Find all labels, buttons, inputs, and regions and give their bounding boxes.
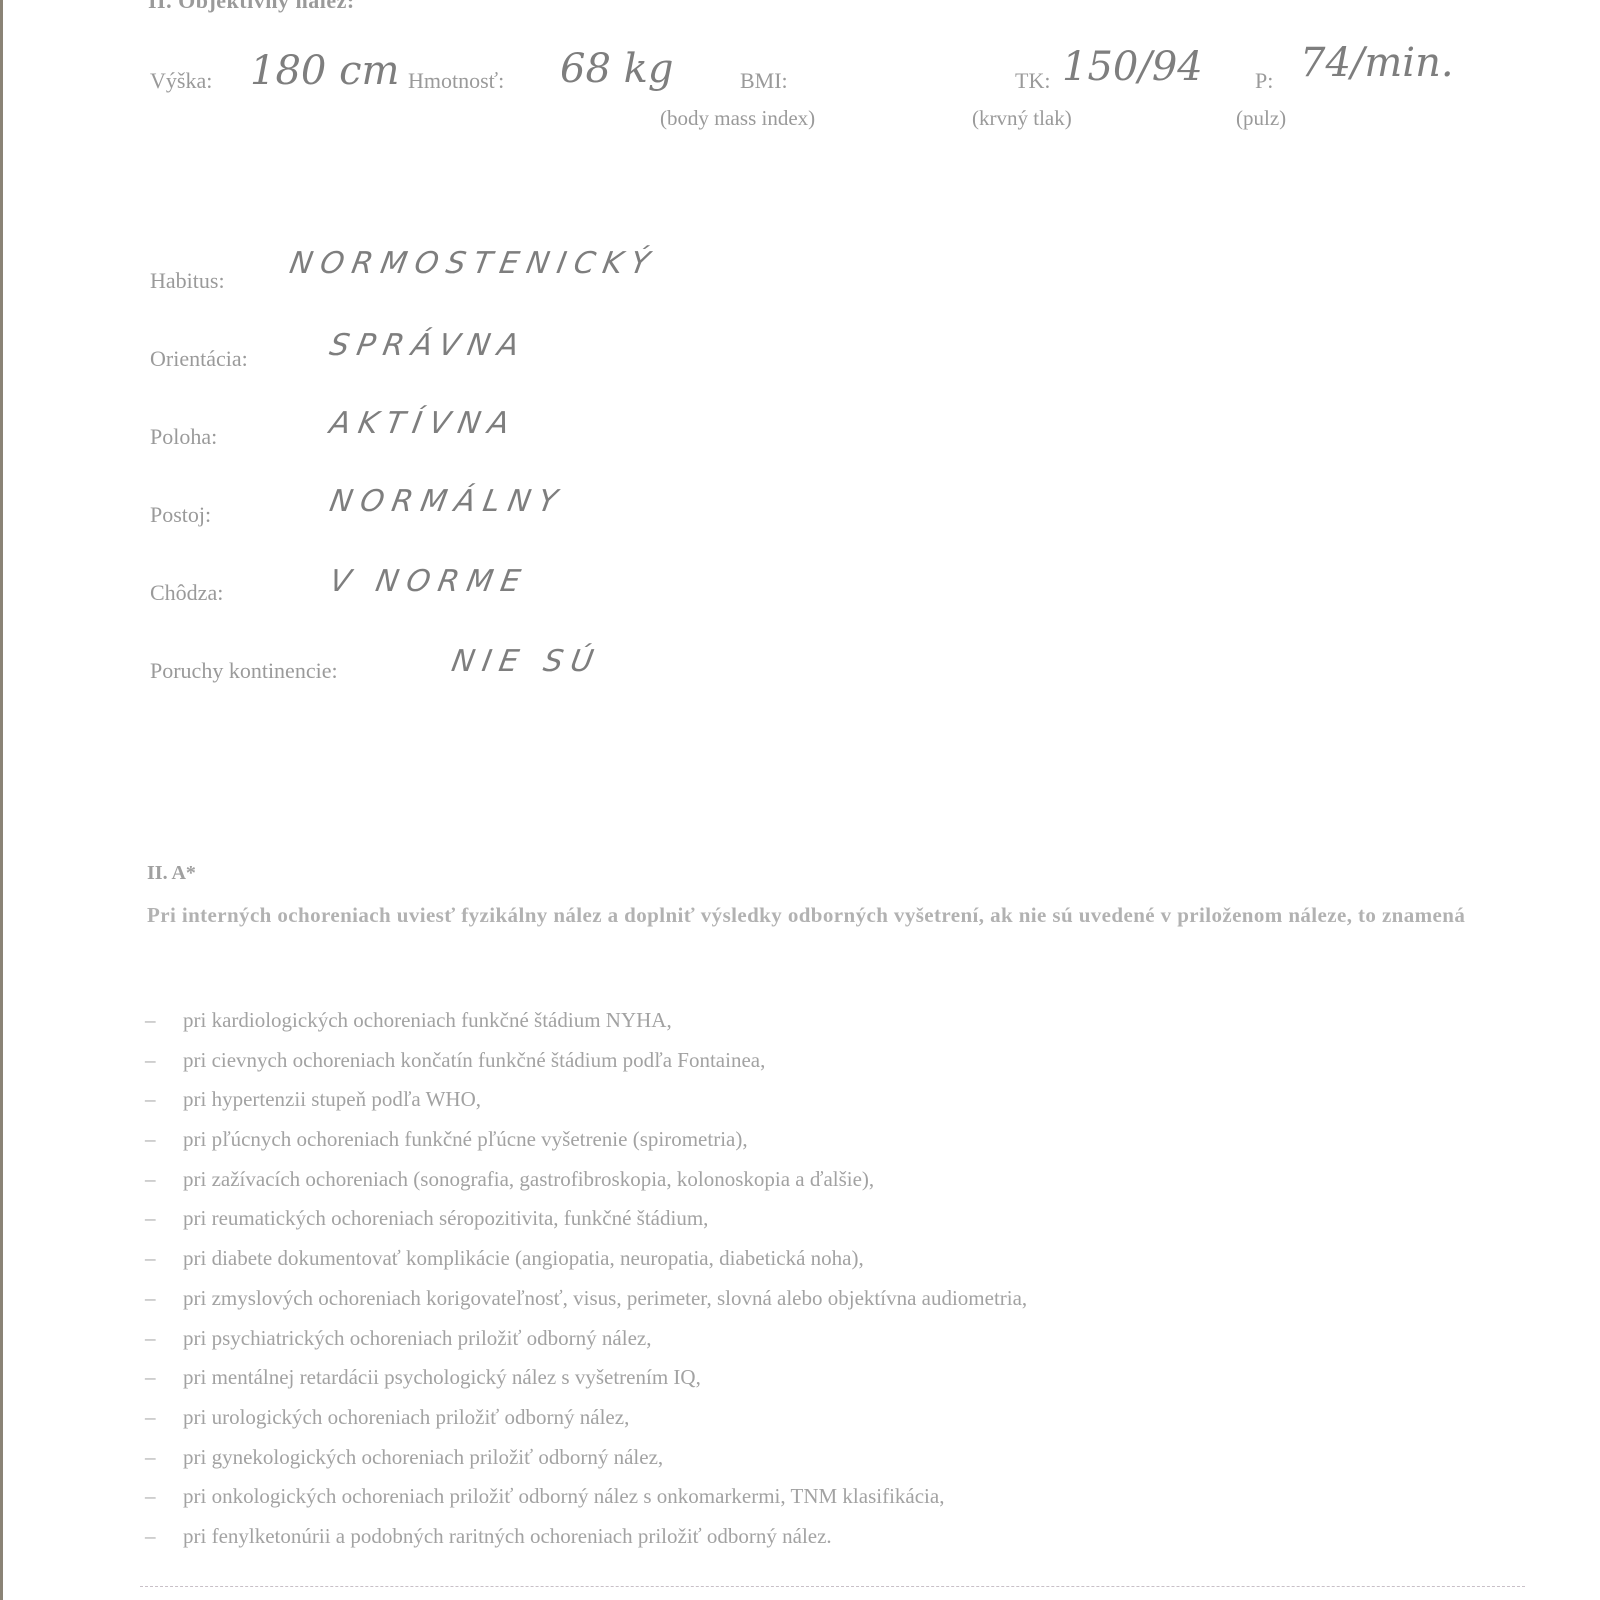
finding-label-poloha: Poloha: xyxy=(150,424,217,450)
bullet-dash: – xyxy=(145,1206,183,1246)
section-2a-intro: Pri interných ochoreniach uviesť fyzikál… xyxy=(147,900,1567,930)
bullet-dash: – xyxy=(145,1524,183,1564)
list-item-text: pri zažívacích ochoreniach (sonografia, … xyxy=(183,1167,874,1207)
list-item: –pri mentálnej retardácii psychologický … xyxy=(145,1365,1027,1405)
list-item: –pri onkologických ochoreniach priložiť … xyxy=(145,1484,1027,1524)
list-item-text: pri urologických ochoreniach priložiť od… xyxy=(183,1405,629,1445)
finding-label-chodza: Chôdza: xyxy=(150,580,223,606)
list-item-text: pri mentálnej retardácii psychologický n… xyxy=(183,1365,701,1405)
bp-label: TK: xyxy=(1015,68,1050,94)
list-item: –pri kardiologických ochoreniach funkčné… xyxy=(145,1008,1027,1048)
list-item: –pri diabete dokumentovať komplikácie (a… xyxy=(145,1246,1027,1286)
bullet-dash: – xyxy=(145,1405,183,1445)
bullet-dash: – xyxy=(145,1365,183,1405)
bullet-dash: – xyxy=(145,1445,183,1485)
weight-label: Hmotnosť: xyxy=(408,68,504,94)
list-item-text: pri gynekologických ochoreniach priložiť… xyxy=(183,1445,663,1485)
bp-value: 150/94 xyxy=(1062,44,1203,90)
list-item: –pri reumatických ochoreniach séropoziti… xyxy=(145,1206,1027,1246)
list-item: –pri zmyslových ochoreniach korigovateľn… xyxy=(145,1286,1027,1326)
page-left-edge xyxy=(0,0,3,1600)
finding-label-poruchy-kontinencie: Poruchy kontinencie: xyxy=(150,658,338,684)
bullet-dash: – xyxy=(145,1484,183,1524)
list-item-text: pri fenylketonúrii a podobných raritných… xyxy=(183,1524,832,1564)
requirements-list: –pri kardiologických ochoreniach funkčné… xyxy=(145,1008,1027,1564)
finding-label-orientacia: Orientácia: xyxy=(150,346,248,372)
finding-label-postoj: Postoj: xyxy=(150,502,211,528)
list-item: –pri hypertenzii stupeň podľa WHO, xyxy=(145,1087,1027,1127)
bullet-dash: – xyxy=(145,1167,183,1207)
bullet-dash: – xyxy=(145,1127,183,1167)
list-item: –pri fenylketonúrii a podobných raritnýc… xyxy=(145,1524,1027,1564)
section-heading: II. Objektívny nález: xyxy=(148,0,355,14)
pulse-label: P: xyxy=(1255,68,1273,94)
bp-sublabel: (krvný tlak) xyxy=(972,106,1072,131)
list-item-text: pri psychiatrických ochoreniach priložiť… xyxy=(183,1326,651,1366)
list-item: –pri cievnych ochoreniach končatín funkč… xyxy=(145,1048,1027,1088)
bottom-divider xyxy=(140,1586,1525,1587)
list-item-text: pri diabete dokumentovať komplikácie (an… xyxy=(183,1246,864,1286)
list-item: –pri zažívacích ochoreniach (sonografia,… xyxy=(145,1167,1027,1207)
finding-value-poruchy-kontinencie: NIE SÚ xyxy=(449,644,604,679)
list-item-text: pri kardiologických ochoreniach funkčné … xyxy=(183,1008,672,1048)
list-item-text: pri reumatických ochoreniach séropozitiv… xyxy=(183,1206,708,1246)
list-item: –pri psychiatrických ochoreniach priloži… xyxy=(145,1326,1027,1366)
bmi-label: BMI: xyxy=(740,68,788,94)
finding-value-poloha: AKTÍVNA xyxy=(327,406,520,441)
list-item-text: pri cievnych ochoreniach končatín funkčn… xyxy=(183,1048,765,1088)
pulse-value: 74/min. xyxy=(1300,40,1454,86)
list-item: –pri urologických ochoreniach priložiť o… xyxy=(145,1405,1027,1445)
finding-value-habitus: NORMOSTENICKÝ xyxy=(287,246,660,281)
bullet-dash: – xyxy=(145,1008,183,1048)
bullet-dash: – xyxy=(145,1087,183,1127)
bullet-dash: – xyxy=(145,1048,183,1088)
list-item-text: pri onkologických ochoreniach priložiť o… xyxy=(183,1484,944,1524)
finding-value-postoj: NORMÁLNY xyxy=(327,484,568,519)
list-item-text: pri hypertenzii stupeň podľa WHO, xyxy=(183,1087,481,1127)
height-value: 180 cm xyxy=(250,48,399,94)
bmi-sublabel: (body mass index) xyxy=(660,106,815,131)
bullet-dash: – xyxy=(145,1326,183,1366)
bullet-dash: – xyxy=(145,1286,183,1326)
bullet-dash: – xyxy=(145,1246,183,1286)
weight-value: 68 kg xyxy=(560,46,673,92)
section-2a-title: II. A* xyxy=(147,862,196,885)
pulse-sublabel: (pulz) xyxy=(1236,106,1286,131)
list-item: –pri gynekologických ochoreniach priloži… xyxy=(145,1445,1027,1485)
finding-label-habitus: Habitus: xyxy=(150,268,225,294)
list-item-text: pri zmyslových ochoreniach korigovateľno… xyxy=(183,1286,1027,1326)
finding-value-orientacia: SPRÁVNA xyxy=(327,328,530,363)
finding-value-chodza: V NORME xyxy=(327,564,531,599)
list-item: –pri pľúcnych ochoreniach funkčné pľúcne… xyxy=(145,1127,1027,1167)
height-label: Výška: xyxy=(150,68,212,94)
list-item-text: pri pľúcnych ochoreniach funkčné pľúcne … xyxy=(183,1127,748,1167)
